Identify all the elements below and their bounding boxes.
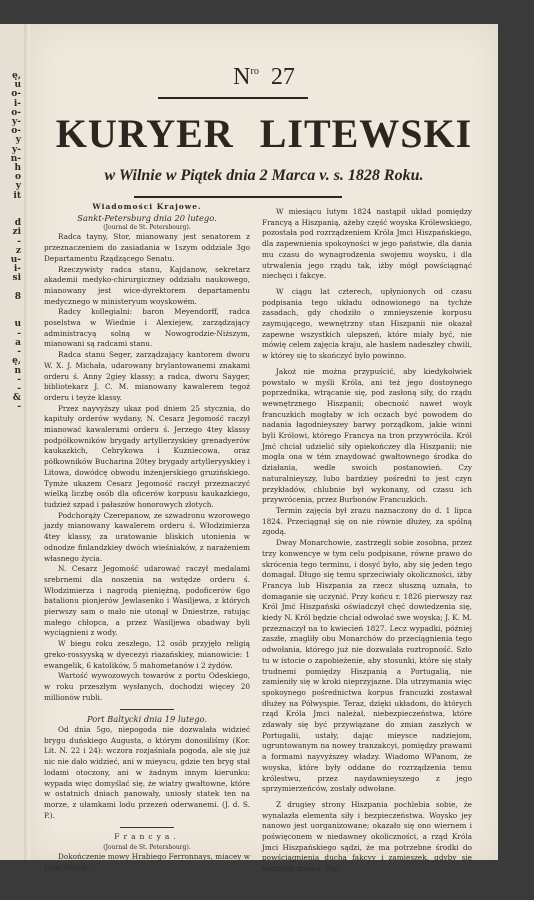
article-paragraph: Z drugiey strony Hiszpania pochlebia sob… — [262, 800, 472, 875]
issue-number: Nro 27 — [30, 64, 498, 91]
masthead-rule-bottom — [134, 196, 342, 198]
section-heading: Francya. — [44, 832, 250, 843]
article-paragraph: W miesiącu lutym 1824 nastąpił układ pom… — [262, 207, 472, 282]
source-citation: (Journal de St. Petersbourg). — [44, 843, 250, 852]
article-paragraph: Radca stanu Seger, zarządzający kantorem… — [44, 350, 250, 404]
section-separator — [120, 827, 174, 828]
article-paragraph: Przez nayvyższy ukaz pod dniem 25 styczn… — [44, 404, 250, 511]
previous-page-edge: ę, u o- i- o- y- o- y y- n- h o y it d z… — [0, 24, 25, 860]
right-column: W miesiącu lutym 1824 nastąpił układ pom… — [262, 202, 472, 875]
article-paragraph: Dway Monarchowie, zastrzegli sobie zosob… — [262, 538, 472, 795]
article-paragraph: Radcy kollegialni: baron Meyendorff, rad… — [44, 307, 250, 350]
article-paragraph: Podchorąży Czerepanow, ze szwadronu wzor… — [44, 511, 250, 565]
section-separator — [120, 709, 174, 710]
previous-page-text-fragments: ę, u o- i- o- y- o- y y- n- h o y it d z… — [0, 24, 24, 413]
article-paragraph: Dokończenie mowy Hrabiego Ferronnays, mi… — [44, 852, 250, 873]
article-paragraph: Radca tayny, Stor, mianowany jest senato… — [44, 232, 250, 264]
left-column: Wiadomości Krajowe. Sankt-Petersburg dni… — [44, 202, 250, 873]
section-heading: Wiadomości Krajowe. — [44, 202, 250, 213]
article-paragraph: Jakoż nie można przypuścić, aby kiedykol… — [262, 367, 472, 506]
issue-dateline: w Wilnie w Piątek dnia 2 Marca v. s. 182… — [30, 167, 498, 185]
article-paragraph: W ciągu lat czterech, upłynionych od cza… — [262, 287, 472, 362]
article-paragraph: Termin zajęcia był zrazu naznaczony do d… — [262, 506, 472, 538]
article-paragraph: N. Cesarz Jegomość udarować raczył medal… — [44, 564, 250, 639]
newspaper-page: Nro 27 KURYERLITEWSKI w Wilnie w Piątek … — [30, 24, 498, 860]
article-paragraph: W biegu roku zeszłego, 12 osób przyjęło … — [44, 639, 250, 671]
dateline: Sankt-Petersburg dnia 20 lutego. — [44, 213, 250, 224]
article-paragraph: Rzeczywisty radca stanu, Kajdanow, sekre… — [44, 265, 250, 308]
masthead-rule-top — [158, 97, 308, 99]
article-paragraph: Wartość wywozowych towarów z portu Odesk… — [44, 671, 250, 703]
source-citation: (Journal de St. Petersbourg). — [44, 223, 250, 232]
article-paragraph: Od dnia 5go, niepogoda nie dozwalała wid… — [44, 725, 250, 821]
newspaper-title: KURYERLITEWSKI — [30, 110, 498, 157]
dateline: Port Baltycki dnia 19 lutego. — [44, 714, 250, 725]
